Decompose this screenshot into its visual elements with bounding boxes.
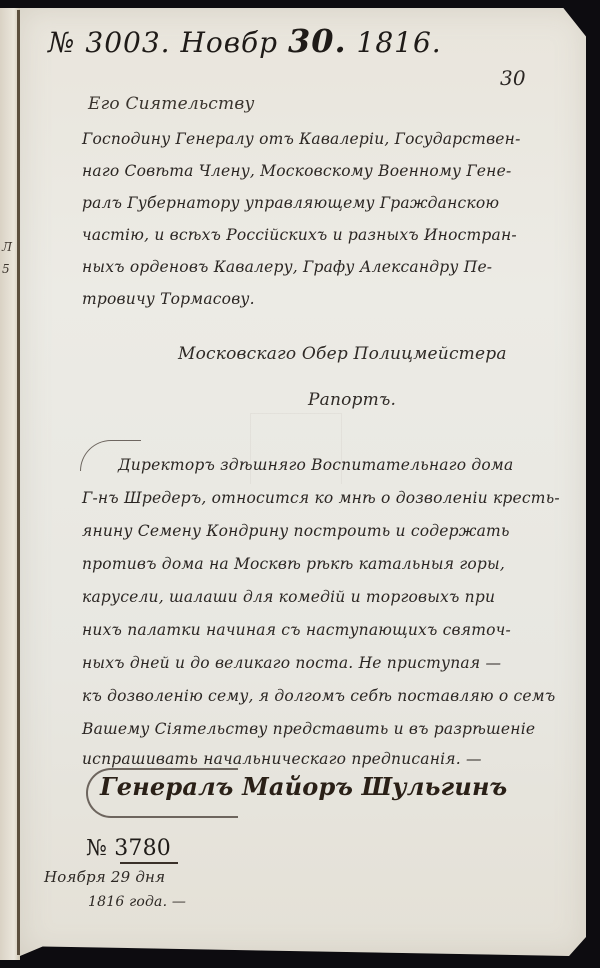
body-line: Директоръ здѣшняго Воспитательнаго дома xyxy=(118,456,513,474)
body-line: Вашему Сiятельству представить и въ разр… xyxy=(82,720,535,738)
signature: Генералъ Майоръ Шульгинъ xyxy=(100,772,507,801)
body-line: нихъ палатки начиная съ наступающихъ свя… xyxy=(82,621,511,639)
margin-note: 5 xyxy=(2,262,10,276)
body-line: къ дозволенiю сему, я долгомъ себѣ поста… xyxy=(82,687,555,705)
body-line: испрашивать начальническаго предписанiя.… xyxy=(82,750,482,768)
sender-title: Московскаго Обер Полицмейстера xyxy=(178,344,507,364)
body-line: противъ дома на Москвѣ рѣкѣ катальныя го… xyxy=(82,555,505,573)
receipt-underline xyxy=(120,862,178,864)
registration-year: 1816. xyxy=(357,26,442,59)
addressee-line: ныхъ орденовъ Кавалеру, Графу Александру… xyxy=(82,258,492,276)
document-type: Рапортъ. xyxy=(308,390,396,410)
registration-number: № 3003. xyxy=(48,26,171,59)
registration-month: Новбр xyxy=(180,26,278,59)
receipt-year: 1816 года. — xyxy=(88,894,186,910)
registration-day: 30. xyxy=(288,22,347,60)
page-number: 30 xyxy=(500,66,526,90)
salutation: Его Сиятельству xyxy=(88,94,255,114)
addressee-line: частiю, и всѣхъ Россiйскихъ и разныхъ Ин… xyxy=(82,226,517,244)
addressee-line: ралъ Губернатору управляющему Гражданско… xyxy=(82,194,499,212)
body-line: карусели, шалаши для комедiй и торговыхъ… xyxy=(82,588,495,606)
document-scan: Л 5 № 3003. Новбр 30. 1816. 30 Его Сияте… xyxy=(0,0,600,968)
binding-spine xyxy=(17,10,20,955)
margin-note: Л xyxy=(2,240,12,254)
addressee-line: наго Совѣта Члену, Московскому Военному … xyxy=(82,162,511,180)
receipt-date: Ноября 29 дня xyxy=(44,868,165,886)
body-line: Г-нъ Шредеръ, относится ко мнѣ о дозволе… xyxy=(82,489,560,507)
registration-header: № 3003. Новбр 30. 1816. xyxy=(48,22,442,60)
addressee-line: Господину Генералу отъ Кавалерiи, Госуда… xyxy=(82,130,521,148)
body-line: янину Семену Кондрину построить и содерж… xyxy=(82,522,510,540)
addressee-line: тровичу Тормасову. xyxy=(82,290,255,308)
body-line: ныхъ дней и до великаго поста. Не присту… xyxy=(82,654,501,672)
receipt-number: № 3780 xyxy=(86,836,171,861)
